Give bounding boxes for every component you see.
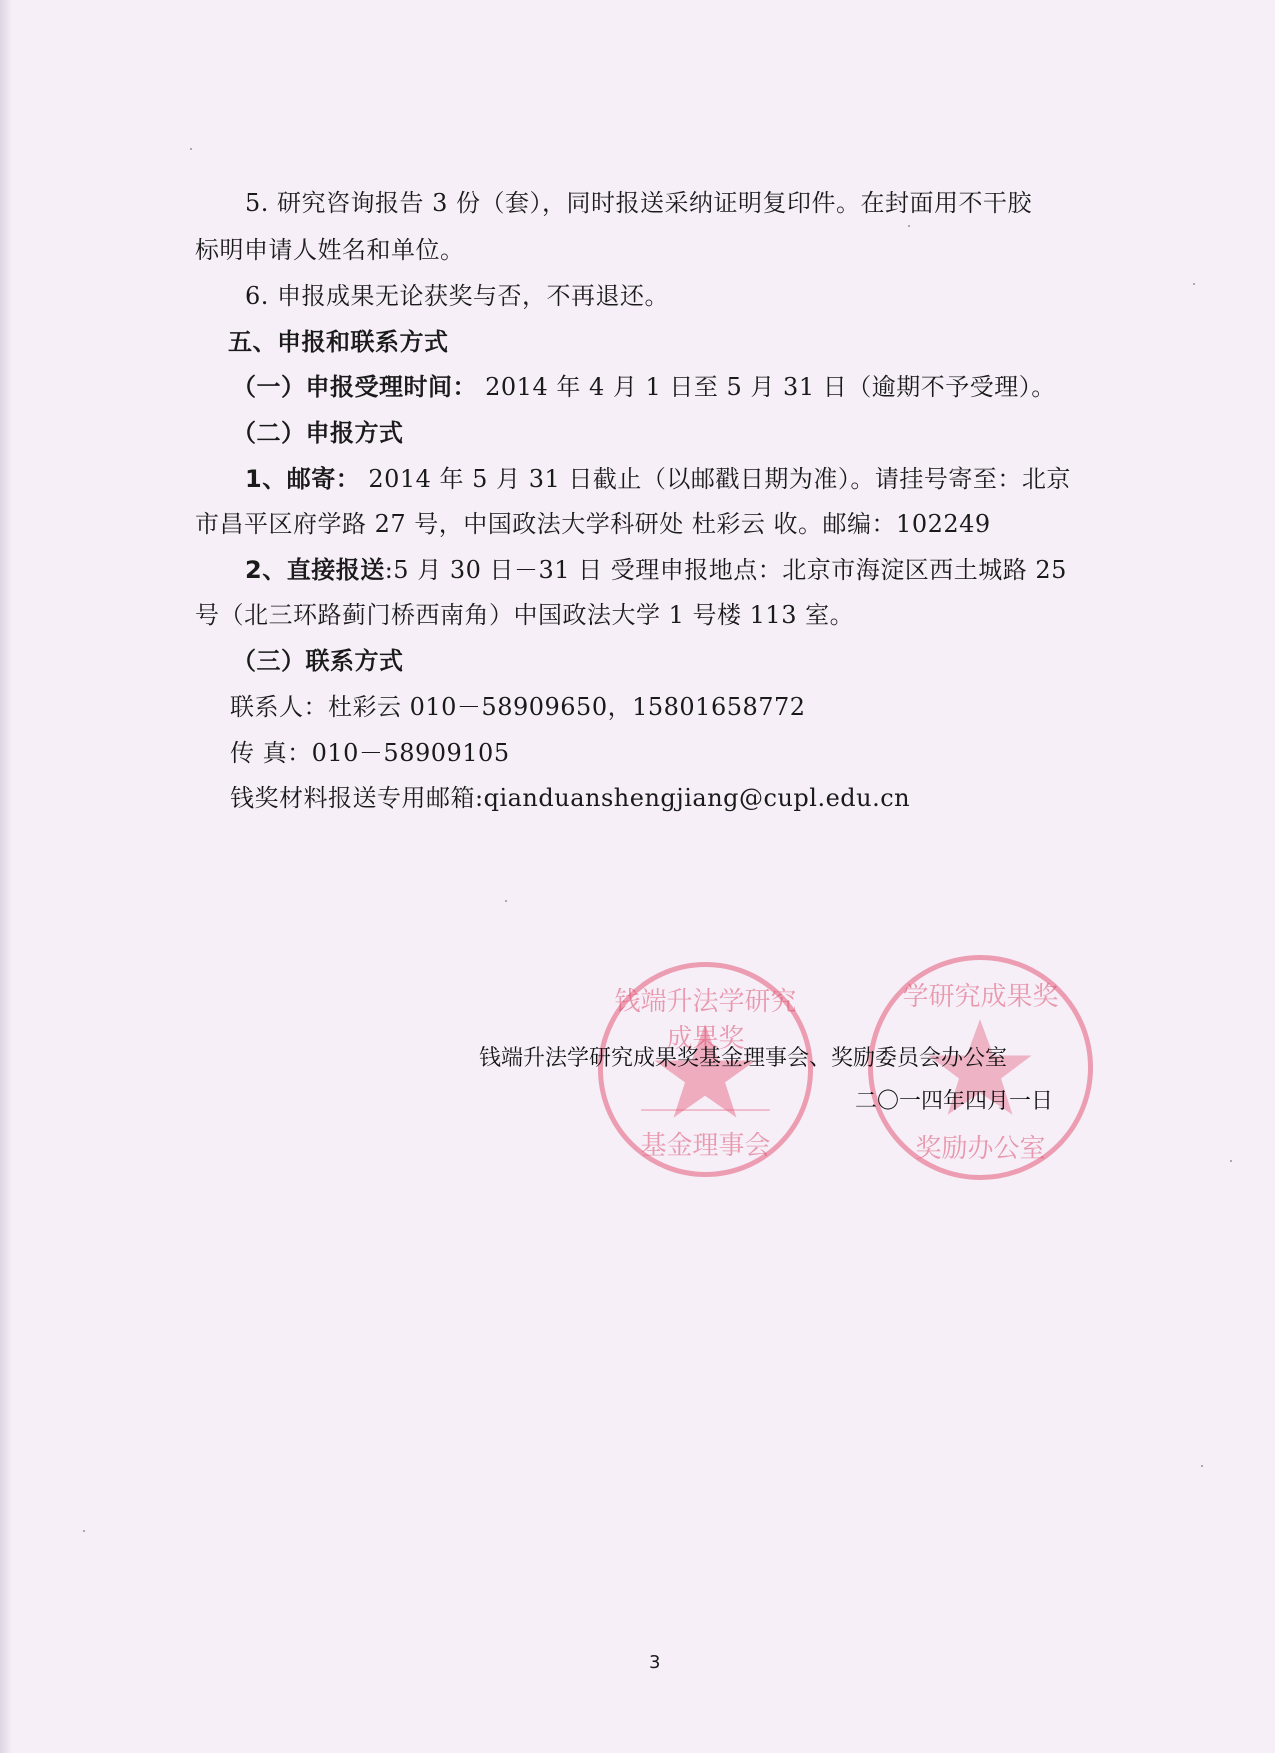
item-5-line-1: 5. 研究咨询报告 3 份（套），同时报送采纳证明复印件。在封面用不干胶 xyxy=(245,188,1032,218)
seal-top-text: 学研究成果奖 xyxy=(873,976,1088,1013)
mail-label: 1、邮寄： xyxy=(245,465,360,493)
scan-speck xyxy=(1201,1465,1203,1467)
contact-heading: （三）联系方式 xyxy=(232,646,404,676)
acceptance-period-label: （一）申报受理时间： xyxy=(232,373,477,401)
seal-bottom-text: 奖励办公室 xyxy=(873,1128,1088,1165)
submission-method-heading: （二）申报方式 xyxy=(232,418,404,448)
item-5-line-2: 标明申请人姓名和单位。 xyxy=(195,235,465,265)
direct-line-1: 2、直接报送:5 月 30 日－31 日 受理申报地点：北京市海淀区西土城路 2… xyxy=(245,555,1067,585)
issue-date: 二〇一四年四月一日 xyxy=(855,1088,1053,1116)
scan-speck xyxy=(908,225,910,227)
acceptance-period: （一）申报受理时间： 2014 年 4 月 1 日至 5 月 31 日（逾期不予… xyxy=(232,372,1056,402)
direct-line-2: 号（北三环路蓟门桥西南角）中国政法大学 1 号楼 113 室。 xyxy=(195,600,854,630)
seal-bottom-text: 基金理事会 xyxy=(603,1125,808,1162)
mail-line-1: 1、邮寄： 2014 年 5 月 31 日截止（以邮戳日期为准）。请挂号寄至：北… xyxy=(245,464,1071,494)
acceptance-period-text: 2014 年 4 月 1 日至 5 月 31 日（逾期不予受理）。 xyxy=(477,373,1056,401)
page-scan-edge xyxy=(0,0,12,1753)
contact-person: 联系人：杜彩云 010－58909650，15801658772 xyxy=(230,692,806,722)
scan-speck xyxy=(1230,1160,1232,1162)
section-heading: 五、申报和联系方式 xyxy=(228,327,449,357)
fax: 传 真：010－58909105 xyxy=(230,738,510,768)
seal-top-text: 钱端升法学研究成果奖 xyxy=(603,981,808,1055)
direct-text: :5 月 30 日－31 日 受理申报地点：北京市海淀区西土城路 25 xyxy=(385,556,1067,584)
scan-speck xyxy=(190,148,192,150)
mail-text: 2014 年 5 月 31 日截止（以邮戳日期为准）。请挂号寄至：北京 xyxy=(360,465,1071,493)
scan-speck xyxy=(83,1530,85,1532)
issuing-organization: 钱端升法学研究成果奖基金理事会、奖励委员会办公室 xyxy=(479,1045,1007,1073)
item-6: 6. 申报成果无论获奖与否，不再退还。 xyxy=(245,281,669,311)
email: 钱奖材料报送专用邮箱:qianduanshengjiang@cupl.edu.c… xyxy=(230,783,910,813)
page-number: 3 xyxy=(649,1652,660,1673)
mail-line-2: 市昌平区府学路 27 号，中国政法大学科研处 杜彩云 收。邮编：102249 xyxy=(195,509,991,539)
scan-speck xyxy=(505,900,507,902)
direct-label: 2、直接报送 xyxy=(245,556,385,584)
scan-speck xyxy=(1193,283,1195,285)
